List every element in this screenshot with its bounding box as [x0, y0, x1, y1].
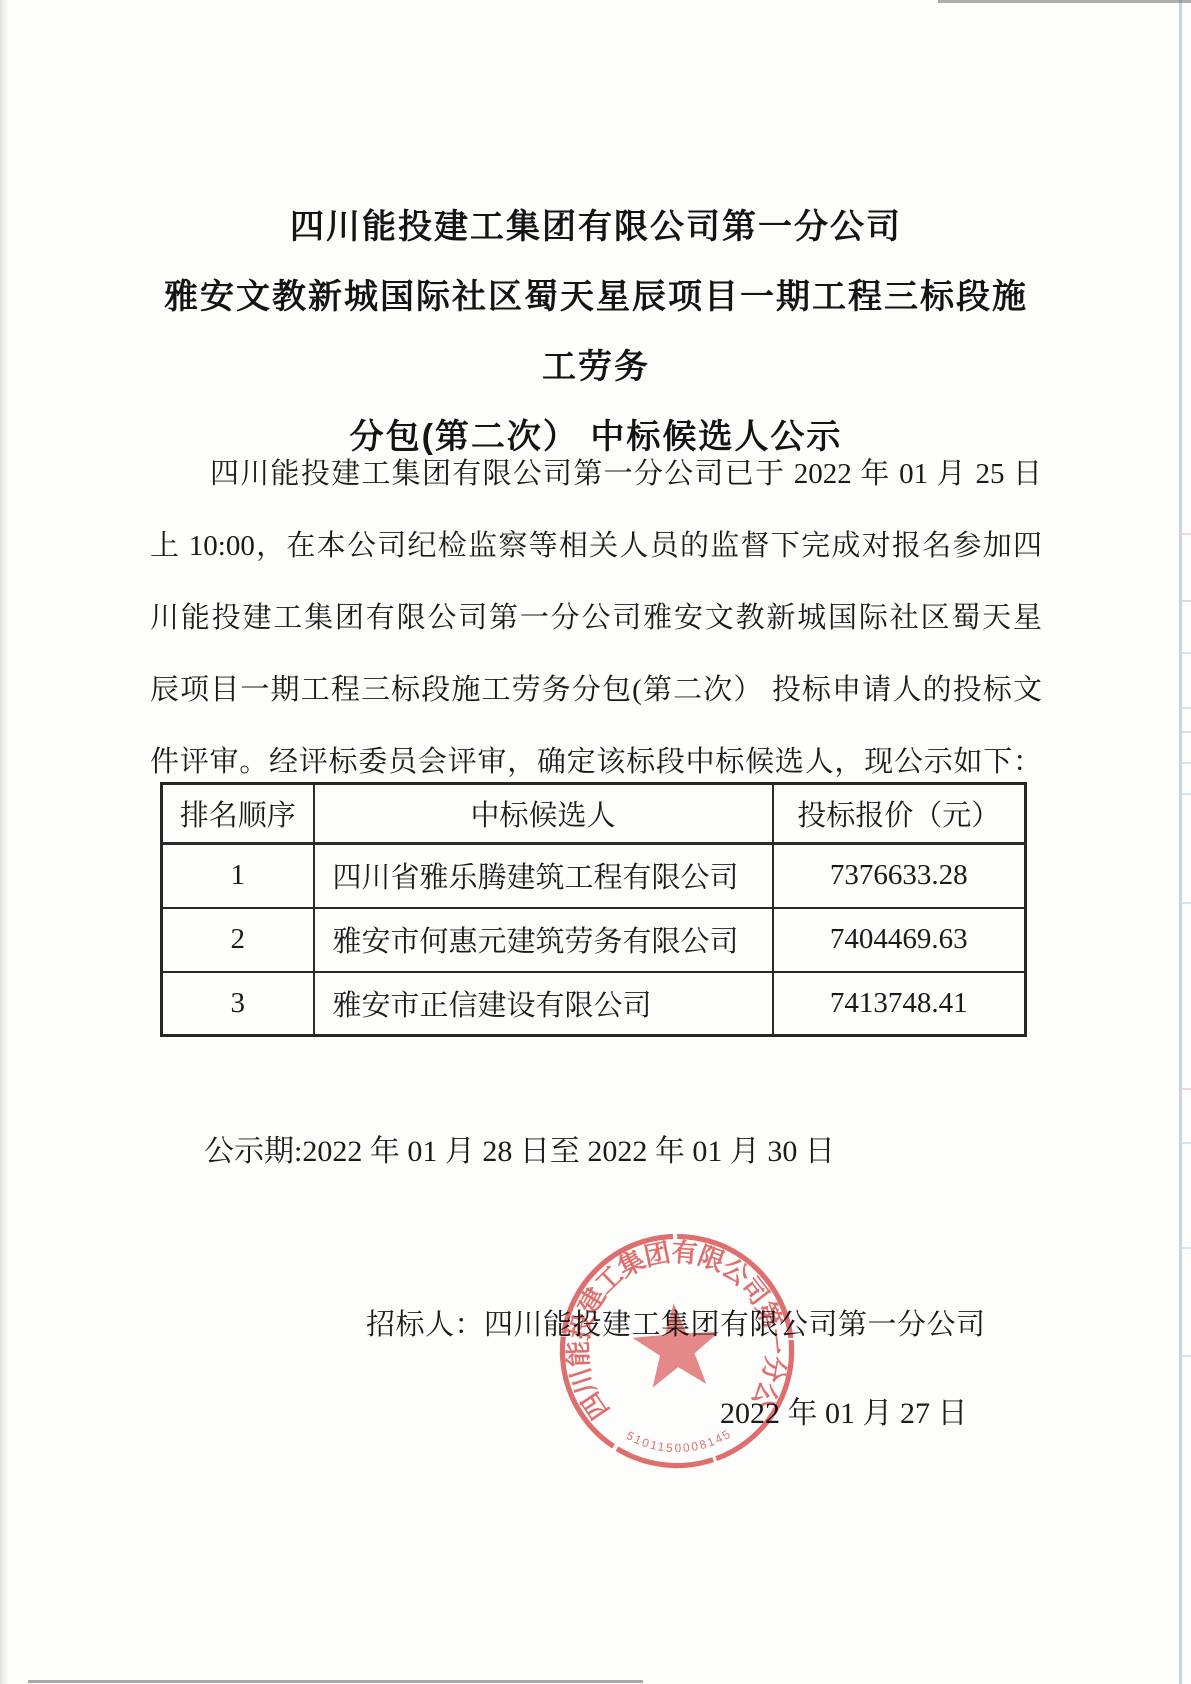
table-header-row: 排名顺序 中标候选人 投标报价（元） [162, 784, 1026, 844]
scan-artifact-tick [1181, 707, 1191, 709]
body-paragraph: 四川能投建工集团有限公司第一分公司已于 2022 年 01 月 25 日 上 1… [150, 438, 1042, 798]
document-title: 四川能投建工集团有限公司第一分公司 雅安文教新城国际社区蜀天星辰项目一期工程三标… [150, 192, 1042, 472]
scan-artifact-tick [1181, 1247, 1191, 1249]
table-row: 1 四川省雅乐腾建筑工程有限公司 7376633.28 [162, 844, 1026, 908]
scan-artifact-tick [1181, 902, 1191, 904]
table-row: 2 雅安市何惠元建筑劳务有限公司 7404469.63 [162, 908, 1026, 972]
company-seal-stamp: 四川能投建工集团有限公司第一分公司 5101150008145 [544, 1218, 811, 1485]
scan-artifact-tick [1181, 1088, 1191, 1090]
rank-cell: 2 [162, 908, 314, 972]
seal-graphic: 四川能投建工集团有限公司第一分公司 5101150008145 [544, 1218, 811, 1485]
publicity-period-text: 公示期:2022 年 01 月 28 日至 2022 年 01 月 30 日 [204, 1126, 835, 1170]
rank-cell: 3 [162, 972, 314, 1036]
candidate-cell: 雅安市何惠元建筑劳务有限公司 [314, 908, 773, 972]
candidates-table: 排名顺序 中标候选人 投标报价（元） 1 四川省雅乐腾建筑工程有限公司 7376… [160, 782, 1027, 1037]
table-row: 3 雅安市正信建设有限公司 7413748.41 [162, 972, 1026, 1036]
seal-serial-text: 5101150008145 [623, 1421, 735, 1459]
body-line: 川能投建工集团有限公司第一分公司雅安文教新城国际社区蜀天星 [150, 582, 1042, 654]
scan-artifact-tick [1181, 652, 1191, 654]
header-rank: 排名顺序 [162, 784, 314, 844]
header-candidate: 中标候选人 [314, 784, 773, 844]
title-line-1: 四川能投建工集团有限公司第一分公司 [150, 192, 1042, 262]
candidate-cell: 雅安市正信建设有限公司 [314, 972, 773, 1036]
scan-artifact-left-edge [0, 0, 9, 1684]
scan-artifact-tick [1181, 1142, 1191, 1144]
title-line-2: 雅安文教新城国际社区蜀天星辰项目一期工程三标段施工劳务 [150, 262, 1042, 402]
rank-cell: 1 [162, 844, 314, 908]
scanned-notice-page: 四川能投建工集团有限公司第一分公司 雅安文教新城国际社区蜀天星辰项目一期工程三标… [0, 0, 1191, 1684]
scan-artifact-tick [1181, 600, 1191, 602]
header-price: 投标报价（元） [773, 784, 1026, 844]
body-line: 辰项目一期工程三标段施工劳务分包(第二次） 投标申请人的投标文 [150, 654, 1042, 726]
scan-artifact-bottom-smudge [28, 1680, 643, 1683]
scan-artifact-tick [1181, 762, 1191, 764]
scan-artifact-tick [1181, 1355, 1191, 1357]
candidate-cell: 四川省雅乐腾建筑工程有限公司 [314, 844, 773, 908]
price-cell: 7413748.41 [773, 972, 1026, 1036]
scan-artifact-top-smudge [938, 0, 1191, 3]
seal-star-icon [630, 1300, 723, 1389]
scan-artifact-tick [1181, 793, 1191, 795]
body-line: 上 10:00，在本公司纪检监察等相关人员的监督下完成对报名参加四 [150, 510, 1042, 582]
scan-artifact-tick [1181, 731, 1191, 733]
scan-artifact-tick [1181, 533, 1191, 535]
body-line: 四川能投建工集团有限公司第一分公司已于 2022 年 01 月 25 日 [150, 438, 1042, 510]
scan-artifact-right-edge-line [1179, 0, 1182, 1684]
price-cell: 7376633.28 [773, 844, 1026, 908]
price-cell: 7404469.63 [773, 908, 1026, 972]
